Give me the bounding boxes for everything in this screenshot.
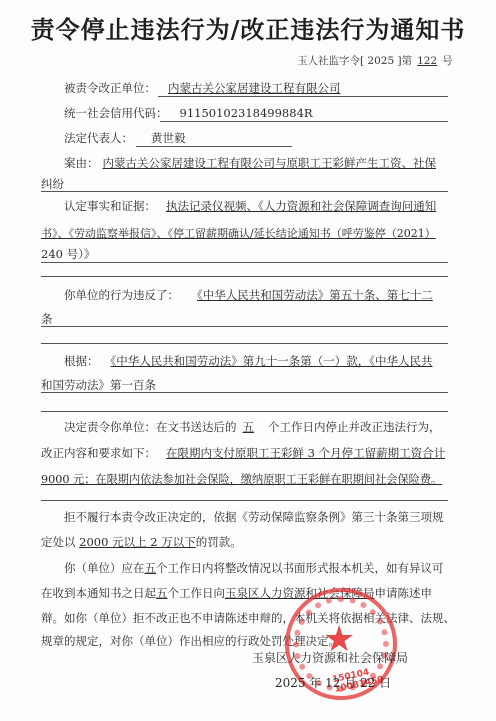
field-credit-code-value: 91150102318499884R [168,106,313,120]
decision-req-line1: 在限期内支付原职工王彩鲜 3 个月停工留薪期工资合计 [156,446,445,460]
decision-part1: 决定责令你单位：在文书送达后的 [41,420,237,434]
decision: 决定责令你单位：在文书送达后的五个工作日内停止并改正违法行为， [41,420,448,434]
field-legal-rep: 法定代表人：黄世毅 [41,131,448,145]
underline [41,343,448,344]
underline [41,500,448,501]
field-case-value-line2: 纠纷 [41,177,64,191]
notice-days2: 五 [156,586,168,600]
field-unit-value: 内蒙古关公家居建设工程有限公司 [156,81,341,95]
field-case-cont: 纠纷 [41,177,448,191]
notice-part3: 在收到本通知书之日起 [41,586,156,600]
legal-basis-label: 根据： [41,354,99,368]
evidence-cont: 书》、《劳动监察举报信》、《停工留薪期确认/延长结论通知书（呼劳鉴停（2021） [41,226,448,241]
field-unit: 被责令改正单位：内蒙古关公家居建设工程有限公司 [41,81,448,95]
decision-requirements-cont: 9000 元；在限期内依法参加社会保险，缴纳原职工王彩鲜在职期间社会保险费。 [41,472,448,487]
doc-number-value: 122 [412,55,442,67]
violation-line2: 条 [41,312,53,326]
notice-cont: 在收到本通知书之日起五个工作日向玉泉区人力资源和社会保障局申请陈述申 [41,586,448,600]
underline [41,276,448,277]
document-title: 责令停止违法行为/改正违法行为通知书 [0,10,496,45]
legal-basis-line1: 《中华人民共和国劳动法》第九十一条第（一）款，《中华人民共 [99,354,433,368]
document-number: 玉人社监字令[ 2025 ]第122号 [297,53,453,68]
issue-date: 2025 年 12 月 22 日 [275,674,391,691]
penalty: 拒不履行本责令改正决定的，依据《劳动保障监察条例》第三十条第三项规 [41,510,448,524]
field-credit-code: 统一社会信用代码：91150102318499884R [41,106,448,120]
evidence: 认定事实和证据：执法记录仪视频、《人力资源和社会保障调查询问通知 [41,199,448,213]
field-legal-rep-value: 黄世毅 [133,131,186,145]
field-case-value-line1: 内蒙古关公家居建设工程有限公司与原职工王彩鲜产生工资、社保 [99,156,437,170]
legal-basis-cont: 和国劳动法》第一百条 [41,378,448,392]
evidence-line3: 240 号）》 [41,247,95,261]
notice-part4: 个工作日向 [168,586,226,600]
underline [41,411,448,412]
violation: 你单位的行为违反了：《中华人民共和国劳动法》第五十条、第七十二 [41,288,448,302]
evidence-line1: 执法记录仪视频、《人力资源和社会保障调查询问通知 [156,199,436,213]
underline [41,326,448,327]
evidence-label: 认定事实和证据： [41,199,156,213]
legal-basis-line2: 和国劳动法》第一百条 [41,378,156,392]
underline [41,262,448,263]
penalty-part2: 定处以 [41,535,76,549]
violation-line1: 《中华人民共和国劳动法》第五十条、第七十二 [179,288,433,302]
decision-part2: 个工作日内停止并改正违法行为， [268,420,441,434]
decision-requirements: 改正内容和要求如下：在限期内支付原职工王彩鲜 3 个月停工留薪期工资合计 [41,446,448,460]
underline [158,96,448,97]
decision-req-line2: 9000 元；在限期内依法参加社会保险，缴纳原职工王彩鲜在职期间社会保险费。 [41,473,442,486]
notice-part1: 你（单位）应在 [41,561,145,575]
penalty-part1: 拒不履行本责令改正决定的，依据《劳动保障监察条例》第三十条第三项规 [41,510,444,524]
violation-label: 你单位的行为违反了： [41,288,179,302]
underline [136,146,292,147]
doc-number-prefix: 玉人社监字令[ 2025 ]第 [297,55,412,67]
notice-part2: 个工作日内将整改情况以书面形式报本机关，如有异议可 [156,561,444,575]
penalty-part3: 的罚款。 [196,535,242,549]
decision-req-label: 改正内容和要求如下： [41,446,156,460]
underline [160,121,448,122]
field-legal-rep-label: 法定代表人： [41,131,133,145]
underline [41,392,448,393]
legal-basis: 根据：《中华人民共和国劳动法》第九十一条第（一）款，《中华人民共 [41,354,448,368]
field-case-label: 案由： [41,156,99,170]
doc-number-suffix: 号 [442,55,453,67]
notice-days1: 五 [145,561,157,575]
notice: 你（单位）应在五个工作日内将整改情况以书面形式报本机关，如有异议可 [41,561,448,575]
issuer-name: 玉泉区人力资源和社会保障局 [252,649,408,666]
field-unit-label: 被责令改正单位： [41,81,156,95]
decision-days: 五 [237,420,269,434]
evidence-line2: 书》、《劳动监察举报信》、《停工留薪期确认/延长结论通知书（呼劳鉴停（2021） [41,227,436,240]
violation-cont: 条 [41,312,448,326]
penalty-amount: 2000 元以上 2 万以下 [79,535,196,549]
notice-part5: 申请陈述申 [375,586,433,600]
evidence-cont2: 240 号）》 [41,247,448,261]
field-case: 案由：内蒙古关公家居建设工程有限公司与原职工王彩鲜产生工资、社保 [41,156,448,170]
field-credit-code-label: 统一社会信用代码： [41,106,168,120]
penalty-cont: 定处以 2000 元以上 2 万以下的罚款。 [41,535,448,549]
underline [41,191,448,192]
